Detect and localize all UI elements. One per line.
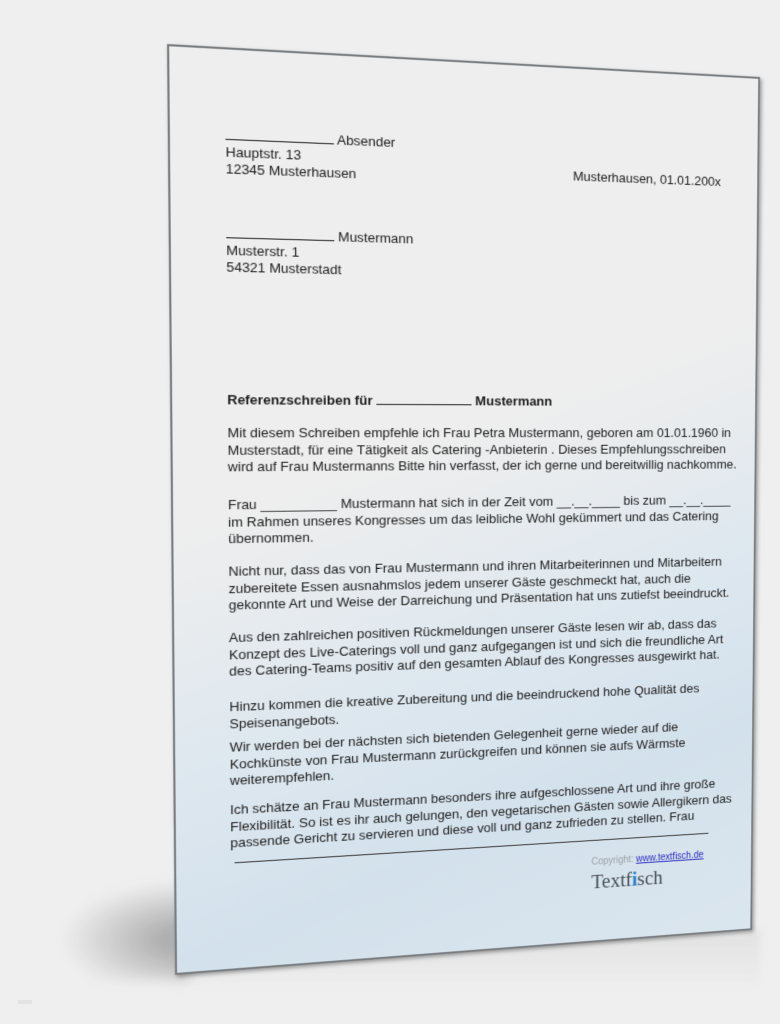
recipient-name-blank: [226, 237, 334, 241]
paragraph-line: Mit diesem Schreiben empfehle ich Frau P…: [227, 425, 715, 442]
letter-body: Mit diesem Schreiben empfehle ich Frau P…: [169, 46, 758, 79]
letter-date: Musterhausen, 01.01.200x: [573, 168, 721, 189]
recipient-city: 54321 Musterstadt: [226, 259, 341, 279]
body-paragraph: Nicht nur, dass das von Frau Mustermann …: [228, 554, 714, 614]
body-paragraph: Ich schätze an Frau Mustermann besonders…: [230, 776, 712, 852]
body-paragraph: Mit diesem Schreiben empfehle ich Frau P…: [227, 425, 715, 476]
paragraph-line: Musterstadt, für eine Tätigkeit als Cate…: [228, 441, 716, 459]
textfisch-logo: Textfisch: [591, 866, 663, 895]
sender-name-label: Absender: [337, 132, 395, 150]
sender-name-blank: [225, 139, 333, 145]
subject-suffix: Mustermann: [475, 393, 552, 408]
subject-name-blank: [376, 404, 471, 405]
letter-page: Absender Hauptstr. 13 12345 Musterhausen…: [167, 44, 760, 975]
sender-city: 12345 Musterhausen: [226, 161, 357, 183]
body-paragraph: Aus den zahlreichen positiven Rückmeldun…: [229, 616, 714, 681]
copyright-notice: Copyright: www.textfisch.de: [591, 850, 703, 868]
document-preview-stage: Absender Hauptstr. 13 12345 Musterhausen…: [0, 0, 780, 1024]
copyright-link[interactable]: www.textfisch.de: [636, 850, 704, 865]
letter-subject: Referenzschreiben für Mustermann: [227, 392, 552, 410]
paragraph-line: wird auf Frau Mustermanns Bitte hin verf…: [228, 457, 715, 476]
subject-prefix: Referenzschreiben für: [227, 392, 373, 408]
logo-text-left: Textf: [591, 868, 632, 894]
recipient-name-label: Mustermann: [338, 229, 413, 246]
logo-text-right: sch: [637, 866, 663, 890]
corner-mark: [18, 1000, 32, 1004]
copyright-label: Copyright:: [591, 854, 633, 867]
body-paragraph: Frau __________ Mustermann hat sich in d…: [228, 492, 715, 548]
